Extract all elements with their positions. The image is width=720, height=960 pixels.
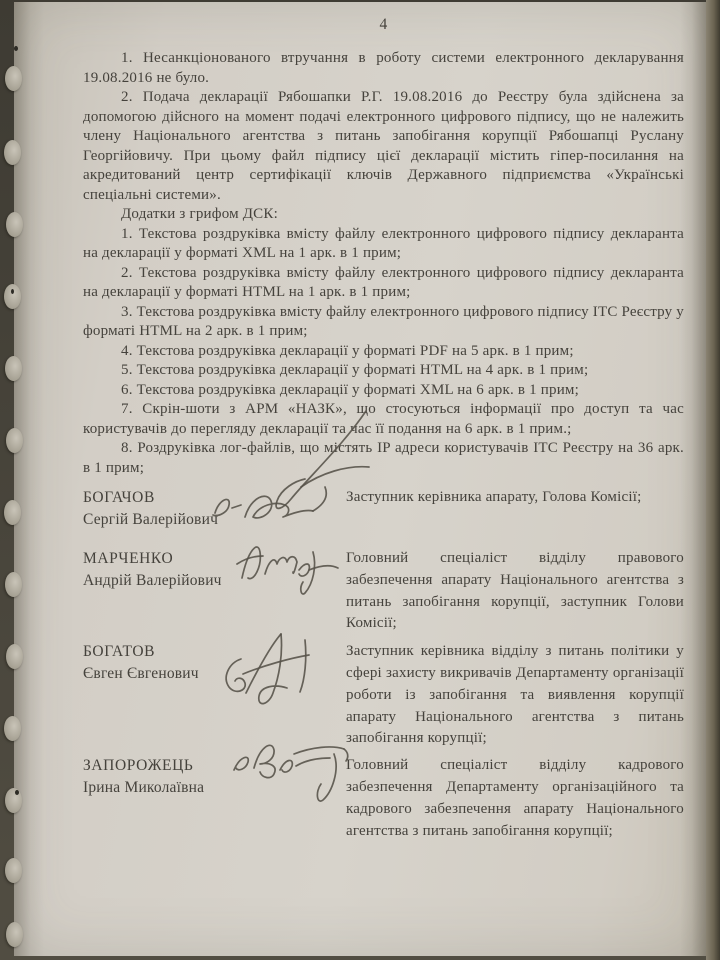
perforation-bump xyxy=(4,716,21,741)
signature-section: БОГАЧОВ Сергій Валерійович Заступник кер… xyxy=(83,487,684,842)
perforation-bump xyxy=(6,922,23,947)
attachment-item: 8. Роздруківка лог-файлів, що містять IP… xyxy=(83,439,684,478)
attachment-item: 1. Текстова роздруківка вмісту файлу еле… xyxy=(83,225,684,264)
perforation-bump xyxy=(5,858,22,883)
perforation-bump xyxy=(4,284,21,309)
page-content: 4 1. Несанкціонованого втручання в робот… xyxy=(14,15,706,842)
paragraph-1: 1. Несанкціонованого втручання в роботу … xyxy=(83,49,684,88)
paragraph-2: 2. Подача декларації Рябошапки Р.Г. 19.0… xyxy=(83,88,684,205)
signatory-row: МАРЧЕНКО Андрій Валерійович Головний спе… xyxy=(83,548,684,635)
perforation-bump xyxy=(5,356,22,381)
signature-ink xyxy=(234,532,346,600)
attachment-item: 3. Текстова роздруківка вмісту файлу еле… xyxy=(83,303,684,342)
perforation-bump xyxy=(5,66,22,91)
perforation-bump xyxy=(6,428,23,453)
perforation-bump xyxy=(4,500,21,525)
signatory-title: Заступник керівника відділу з питань пол… xyxy=(346,641,684,750)
perforation-bump xyxy=(5,572,22,597)
signatory-title: Головний спеціаліст відділу кадрового за… xyxy=(346,755,684,842)
signatory-title: Головний спеціаліст відділу правового за… xyxy=(346,548,684,635)
signature-ink xyxy=(213,629,331,711)
signatory-row: БОГАЧОВ Сергій Валерійович Заступник кер… xyxy=(83,487,684,530)
photo-right-edge xyxy=(706,0,720,960)
signatory-row: ЗАПОРОЖЕЦЬ Ірина Миколаївна Головний спе… xyxy=(83,755,684,842)
document-page: 4 1. Несанкціонованого втручання в робот… xyxy=(14,2,706,956)
signature-ink xyxy=(228,730,356,806)
attachment-item: 5. Текстова роздруківка декларації у фор… xyxy=(83,361,684,381)
attachments-heading: Додатки з грифом ДСК: xyxy=(83,205,684,225)
attachment-item: 7. Скрін-шоти з АРМ «НАЗК», що стосуютьс… xyxy=(83,400,684,439)
perforation-bump xyxy=(5,788,22,813)
ink-speck xyxy=(14,46,18,51)
ink-speck xyxy=(11,289,14,294)
attachment-item: 2. Текстова роздруківка вмісту файлу еле… xyxy=(83,264,684,303)
perforation-bump xyxy=(6,212,23,237)
signature-ink xyxy=(203,405,383,540)
signatory-row: БОГАТОВ Євген Євгенович Заступник керівн… xyxy=(83,641,684,750)
attachment-item: 6. Текстова роздруківка декларації у фор… xyxy=(83,381,684,401)
photo-backdrop: 4 1. Несанкціонованого втручання в робот… xyxy=(0,0,720,960)
perforation-bump xyxy=(4,140,21,165)
page-number: 4 xyxy=(83,15,684,35)
ink-speck xyxy=(15,790,19,795)
perforation-bump xyxy=(6,644,23,669)
signatory-title: Заступник керівника апарату, Голова Комі… xyxy=(346,487,684,530)
attachment-item: 4. Текстова роздруківка декларації у фор… xyxy=(83,342,684,362)
